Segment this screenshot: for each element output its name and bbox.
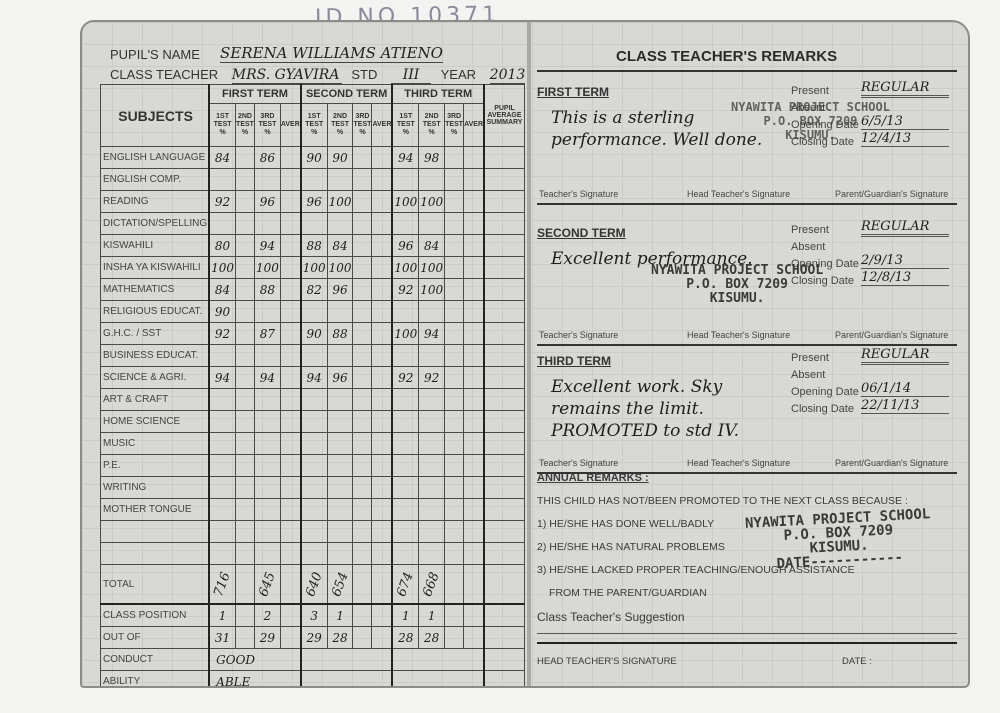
- empty-cell: [484, 671, 524, 689]
- subject-label: HOME SCIENCE: [101, 411, 210, 433]
- absent-value: [861, 97, 949, 98]
- score-cell: [235, 389, 254, 411]
- score-cell: [301, 433, 327, 455]
- score-cell: [255, 389, 281, 411]
- score-cell: [280, 411, 300, 433]
- absent-value: [861, 236, 949, 237]
- term-name: FIRST TERM: [537, 85, 609, 99]
- reason-2: 2) HE/SHE HAS NATURAL PROBLEMS: [537, 541, 957, 564]
- empty-cell: [392, 671, 484, 689]
- score-cell: [372, 323, 392, 345]
- table-row: BUSINESS EDUCAT.: [101, 345, 525, 367]
- score-cell: [353, 543, 372, 565]
- score-cell: 87: [255, 323, 281, 345]
- class-teacher-value: MRS. GYAVIRA: [232, 67, 342, 84]
- score-cell: [235, 627, 254, 649]
- score-cell: [353, 235, 372, 257]
- class-teacher-label: CLASS TEACHER: [110, 67, 218, 82]
- subject-label: SCIENCE & AGRI.: [101, 367, 210, 389]
- sub-column-header: 3RD TEST %: [255, 104, 281, 147]
- score-cell: [419, 477, 445, 499]
- divider: [537, 203, 957, 205]
- score-cell: 1: [392, 604, 418, 627]
- summary-cell: [484, 367, 524, 389]
- year-value: 2013: [490, 67, 526, 84]
- table-row: HOME SCIENCE: [101, 411, 525, 433]
- subject-label: MATHEMATICS: [101, 279, 210, 301]
- summary-cell: [484, 213, 524, 235]
- summary-cell: [484, 147, 524, 169]
- score-cell: [372, 411, 392, 433]
- score-cell: [353, 367, 372, 389]
- score-cell: [209, 389, 235, 411]
- summary-cell: [484, 521, 524, 543]
- score-cell: [353, 521, 372, 543]
- score-cell: [353, 191, 372, 213]
- sub-column-header: AVER: [372, 104, 392, 147]
- score-cell: 94: [392, 147, 418, 169]
- score-cell: [445, 389, 464, 411]
- summary-cell: [484, 543, 524, 565]
- score-cell: [445, 543, 464, 565]
- grades-table: SUBJECTS FIRST TERM SECOND TERM THIRD TE…: [100, 84, 525, 688]
- std-label: STD: [351, 67, 377, 82]
- sub-column-header: 3RD TEST %: [353, 104, 372, 147]
- score-cell: [301, 499, 327, 521]
- score-cell: 98: [419, 147, 445, 169]
- score-cell: [327, 433, 353, 455]
- score-cell: [464, 301, 484, 323]
- score-cell: [445, 147, 464, 169]
- score-cell: [445, 367, 464, 389]
- score-cell: [419, 543, 445, 565]
- subject-label: READING: [101, 191, 210, 213]
- table-row: INSHA YA KISWAHILI100100100100100100: [101, 257, 525, 279]
- subject-label: CLASS POSITION: [101, 604, 210, 627]
- table-row: SCIENCE & AGRI.949494969292: [101, 367, 525, 389]
- total-value: 645: [256, 570, 279, 598]
- score-cell: [235, 345, 254, 367]
- sub-column-header: 1ST TEST %: [392, 104, 418, 147]
- summary-cell: [484, 627, 524, 649]
- term-comment: Excellent work. Skyremains the limit.PRO…: [551, 376, 739, 442]
- score-cell: 84: [327, 235, 353, 257]
- score-cell: [372, 499, 392, 521]
- score-cell: 2: [255, 604, 281, 627]
- score-cell: [464, 389, 484, 411]
- score-cell: [445, 191, 464, 213]
- subject-label: ENGLISH LANGUAGE: [101, 147, 210, 169]
- total-value: 716: [211, 570, 234, 598]
- date-label: DATE :: [842, 656, 872, 667]
- score-cell: [372, 257, 392, 279]
- score-cell: [280, 627, 300, 649]
- score-cell: [353, 499, 372, 521]
- score-cell: [372, 604, 392, 627]
- opening-value: 06/1/14: [861, 381, 949, 397]
- pupil-name-value: SERENA WILLIAMS ATIENO: [220, 44, 443, 63]
- term-name: SECOND TERM: [537, 226, 626, 240]
- score-cell: [235, 323, 254, 345]
- score-cell: 84: [209, 279, 235, 301]
- score-cell: [209, 411, 235, 433]
- score-cell: [372, 565, 392, 605]
- head-sig-label: HEAD TEACHER'S SIGNATURE: [537, 656, 677, 667]
- sub-column-header: 2ND TEST %: [327, 104, 353, 147]
- score-cell: [372, 389, 392, 411]
- score-cell: [280, 367, 300, 389]
- summary-cell: [484, 169, 524, 191]
- score-cell: [372, 301, 392, 323]
- sub-column-header: 2ND TEST %: [235, 104, 254, 147]
- score-cell: [353, 301, 372, 323]
- score-cell: 100: [419, 257, 445, 279]
- score-cell: [255, 521, 281, 543]
- total-row: TOTAL716645640654674668: [101, 565, 525, 605]
- summary-cell: [484, 235, 524, 257]
- score-cell: 31: [209, 627, 235, 649]
- sub-column-header: AVER: [280, 104, 300, 147]
- score-cell: [419, 345, 445, 367]
- score-cell: [301, 543, 327, 565]
- score-cell: [327, 301, 353, 323]
- score-cell: [280, 279, 300, 301]
- score-cell: [280, 257, 300, 279]
- total-value: 640: [303, 570, 326, 598]
- score-cell: [445, 499, 464, 521]
- grades-page: PUPIL'S NAME SERENA WILLIAMS ATIENO CLAS…: [82, 22, 527, 686]
- subject-label: MOTHER TONGUE: [101, 499, 210, 521]
- score-cell: 668: [419, 565, 445, 605]
- total-value: 674: [395, 570, 418, 598]
- score-cell: [209, 345, 235, 367]
- score-cell: [392, 521, 418, 543]
- score-cell: [464, 565, 484, 605]
- closing-value: 22/11/13: [861, 398, 949, 414]
- score-cell: [445, 213, 464, 235]
- score-cell: 640: [301, 565, 327, 605]
- score-cell: [209, 499, 235, 521]
- score-cell: [392, 389, 418, 411]
- score-cell: [255, 169, 281, 191]
- score-cell: 674: [392, 565, 418, 605]
- score-cell: [372, 147, 392, 169]
- score-cell: [353, 455, 372, 477]
- score-cell: 92: [419, 367, 445, 389]
- score-cell: 29: [301, 627, 327, 649]
- score-cell: [255, 543, 281, 565]
- score-cell: [235, 257, 254, 279]
- score-cell: [464, 455, 484, 477]
- table-row: MATHEMATICS8488829692100: [101, 279, 525, 301]
- score-cell: 100: [419, 191, 445, 213]
- score-cell: [445, 604, 464, 627]
- score-cell: 716: [209, 565, 235, 605]
- score-cell: [353, 169, 372, 191]
- score-cell: [353, 433, 372, 455]
- score-cell: [209, 477, 235, 499]
- score-cell: [280, 521, 300, 543]
- table-row: ENGLISH COMP.: [101, 169, 525, 191]
- score-cell: [235, 279, 254, 301]
- empty-cell: [484, 649, 524, 671]
- score-cell: 92: [392, 367, 418, 389]
- score-cell: [445, 411, 464, 433]
- annual-intro: THIS CHILD HAS NOT/BEEN PROMOTED TO THE …: [537, 495, 957, 518]
- score-cell: [209, 455, 235, 477]
- score-cell: [464, 235, 484, 257]
- subject-label: TOTAL: [101, 565, 210, 605]
- score-cell: [301, 411, 327, 433]
- score-cell: [464, 543, 484, 565]
- score-cell: [209, 433, 235, 455]
- score-cell: 100: [392, 191, 418, 213]
- score-cell: [353, 345, 372, 367]
- score-cell: 100: [327, 257, 353, 279]
- school-stamp-1: NYAWITA PROJECT SCHOOL P.O. BOX 7209 KIS…: [731, 100, 890, 142]
- year-label: YEAR: [441, 67, 476, 82]
- present-value: REGULAR: [861, 80, 949, 96]
- score-cell: [464, 323, 484, 345]
- score-cell: 96: [255, 191, 281, 213]
- score-cell: [464, 345, 484, 367]
- second-term-header: SECOND TERM: [301, 85, 393, 104]
- sub-column-header: 1ST TEST %: [301, 104, 327, 147]
- present-value: REGULAR: [861, 347, 949, 363]
- score-cell: 88: [255, 279, 281, 301]
- score-cell: [353, 411, 372, 433]
- score-cell: 96: [327, 367, 353, 389]
- score-cell: [445, 565, 464, 605]
- subject-label: [101, 521, 210, 543]
- summary-cell: [484, 257, 524, 279]
- score-cell: 90: [209, 301, 235, 323]
- score-cell: [445, 323, 464, 345]
- score-cell: [327, 345, 353, 367]
- score-cell: [372, 169, 392, 191]
- score-cell: 92: [209, 191, 235, 213]
- score-cell: [327, 213, 353, 235]
- score-cell: [255, 455, 281, 477]
- closing-value: 12/8/13: [861, 270, 949, 286]
- score-cell: 90: [301, 323, 327, 345]
- score-cell: 92: [209, 323, 235, 345]
- ability-row: ABILITYABLE: [101, 671, 525, 689]
- score-cell: [235, 147, 254, 169]
- score-cell: [419, 213, 445, 235]
- score-cell: [353, 477, 372, 499]
- table-row: G.H.C. / SST9287908810094: [101, 323, 525, 345]
- score-cell: 88: [301, 235, 327, 257]
- score-cell: [255, 213, 281, 235]
- table-row: DICTATION/SPELLING: [101, 213, 525, 235]
- score-cell: 94: [419, 323, 445, 345]
- score-cell: [235, 191, 254, 213]
- score-cell: [372, 433, 392, 455]
- score-cell: [301, 389, 327, 411]
- first-term-header: FIRST TERM: [209, 85, 301, 104]
- score-cell: [464, 477, 484, 499]
- sub-column-header: 2ND TEST %: [419, 104, 445, 147]
- table-row: ART & CRAFT: [101, 389, 525, 411]
- score-cell: [372, 235, 392, 257]
- score-cell: [235, 477, 254, 499]
- score-cell: [235, 213, 254, 235]
- remarks-title: CLASS TEACHER'S REMARKS: [616, 48, 837, 65]
- school-stamp-2: NYAWITA PROJECT SCHOOL P.O. BOX 7209 KIS…: [651, 264, 823, 306]
- divider: [537, 70, 957, 72]
- reason-1: 1) HE/SHE HAS DONE WELL/BADLY: [537, 518, 957, 541]
- summary-header: PUPIL AVERAGE SUMMARY: [484, 85, 524, 147]
- score-cell: [464, 433, 484, 455]
- score-cell: [372, 521, 392, 543]
- total-value: 668: [420, 570, 443, 598]
- table-row: [101, 543, 525, 565]
- conduct-row: CONDUCTGOOD: [101, 649, 525, 671]
- score-cell: [445, 521, 464, 543]
- score-cell: [419, 169, 445, 191]
- score-cell: [372, 213, 392, 235]
- score-cell: [445, 279, 464, 301]
- attendance: PresentREGULARAbsentOpening Date06/1/14C…: [791, 352, 951, 420]
- summary-cell: [484, 279, 524, 301]
- present-value: REGULAR: [861, 219, 949, 235]
- summary-cell: [484, 455, 524, 477]
- score-cell: [235, 367, 254, 389]
- score-cell: 82: [301, 279, 327, 301]
- report-card: PUPIL'S NAME SERENA WILLIAMS ATIENO CLAS…: [80, 20, 970, 688]
- score-cell: [280, 169, 300, 191]
- score-cell: [280, 345, 300, 367]
- class-position-row: CLASS POSITION123111: [101, 604, 525, 627]
- score-cell: [445, 301, 464, 323]
- score-cell: [372, 455, 392, 477]
- class-teacher-field: CLASS TEACHER MRS. GYAVIRA STD III YEAR …: [110, 67, 525, 84]
- table-row: WRITING: [101, 477, 525, 499]
- score-cell: [280, 565, 300, 605]
- score-cell: [209, 213, 235, 235]
- score-cell: [445, 433, 464, 455]
- score-cell: 96: [327, 279, 353, 301]
- score-cell: [445, 257, 464, 279]
- score-cell: [280, 499, 300, 521]
- table-row: RELIGIOUS EDUCAT.90: [101, 301, 525, 323]
- score-cell: [301, 169, 327, 191]
- sub-column-header: 3RD TEST %: [445, 104, 464, 147]
- score-cell: [235, 433, 254, 455]
- annual-heading: ANNUAL REMARKS :: [537, 472, 957, 495]
- score-cell: [353, 565, 372, 605]
- score-cell: [255, 411, 281, 433]
- score-cell: [327, 389, 353, 411]
- score-cell: [419, 455, 445, 477]
- subject-label: ENGLISH COMP.: [101, 169, 210, 191]
- annual-remarks: ANNUAL REMARKS : THIS CHILD HAS NOT/BEEN…: [537, 472, 957, 679]
- score-cell: [353, 147, 372, 169]
- score-cell: [235, 604, 254, 627]
- score-cell: 100: [392, 257, 418, 279]
- score-cell: [209, 543, 235, 565]
- subject-label: [101, 543, 210, 565]
- score-cell: [419, 301, 445, 323]
- score-cell: [255, 301, 281, 323]
- suggestion-label: Class Teacher's Suggestion: [537, 610, 957, 634]
- score-cell: [353, 279, 372, 301]
- std-value: III: [391, 67, 431, 84]
- table-row: KISWAHILI809488849684: [101, 235, 525, 257]
- score-cell: 96: [301, 191, 327, 213]
- score-cell: [464, 499, 484, 521]
- score-cell: 88: [327, 323, 353, 345]
- score-cell: [327, 521, 353, 543]
- score-cell: [353, 604, 372, 627]
- table-row: MOTHER TONGUE: [101, 499, 525, 521]
- score-cell: [372, 279, 392, 301]
- score-cell: 90: [301, 147, 327, 169]
- summary-cell: [484, 323, 524, 345]
- score-cell: [445, 235, 464, 257]
- subject-label: BUSINESS EDUCAT.: [101, 345, 210, 367]
- subject-label: OUT OF: [101, 627, 210, 649]
- score-cell: 96: [392, 235, 418, 257]
- score-cell: [235, 169, 254, 191]
- score-cell: 100: [301, 257, 327, 279]
- table-row: [101, 521, 525, 543]
- score-cell: [327, 543, 353, 565]
- score-cell: [280, 323, 300, 345]
- empty-cell: [301, 649, 393, 671]
- score-cell: [301, 213, 327, 235]
- summary-cell: [484, 604, 524, 627]
- third-term-header: THIRD TERM: [392, 85, 484, 104]
- score-cell: 92: [392, 279, 418, 301]
- score-cell: [327, 477, 353, 499]
- score-cell: [392, 455, 418, 477]
- score-cell: [280, 191, 300, 213]
- summary-cell: [484, 565, 524, 605]
- score-cell: [392, 213, 418, 235]
- pupil-name-field: PUPIL'S NAME SERENA WILLIAMS ATIENO: [110, 47, 200, 62]
- score-cell: [301, 521, 327, 543]
- table-row: READING929696100100100: [101, 191, 525, 213]
- score-cell: [392, 411, 418, 433]
- score-cell: [464, 169, 484, 191]
- score-cell: 3: [301, 604, 327, 627]
- score-cell: [419, 411, 445, 433]
- score-cell: [372, 627, 392, 649]
- score-cell: [255, 433, 281, 455]
- score-cell: [235, 411, 254, 433]
- score-cell: [372, 367, 392, 389]
- summary-cell: [484, 191, 524, 213]
- score-cell: [280, 604, 300, 627]
- score-cell: [464, 367, 484, 389]
- score-cell: [280, 389, 300, 411]
- score-cell: [464, 257, 484, 279]
- score-cell: [280, 543, 300, 565]
- score-cell: [445, 455, 464, 477]
- score-cell: [209, 521, 235, 543]
- absent-value: [861, 364, 949, 365]
- score-cell: [392, 301, 418, 323]
- score-cell: 28: [419, 627, 445, 649]
- score-cell: 80: [209, 235, 235, 257]
- subject-label: DICTATION/SPELLING: [101, 213, 210, 235]
- ability-value: ABLE: [209, 671, 301, 689]
- ability-label: ABILITY: [101, 671, 210, 689]
- score-cell: [464, 213, 484, 235]
- score-cell: [464, 411, 484, 433]
